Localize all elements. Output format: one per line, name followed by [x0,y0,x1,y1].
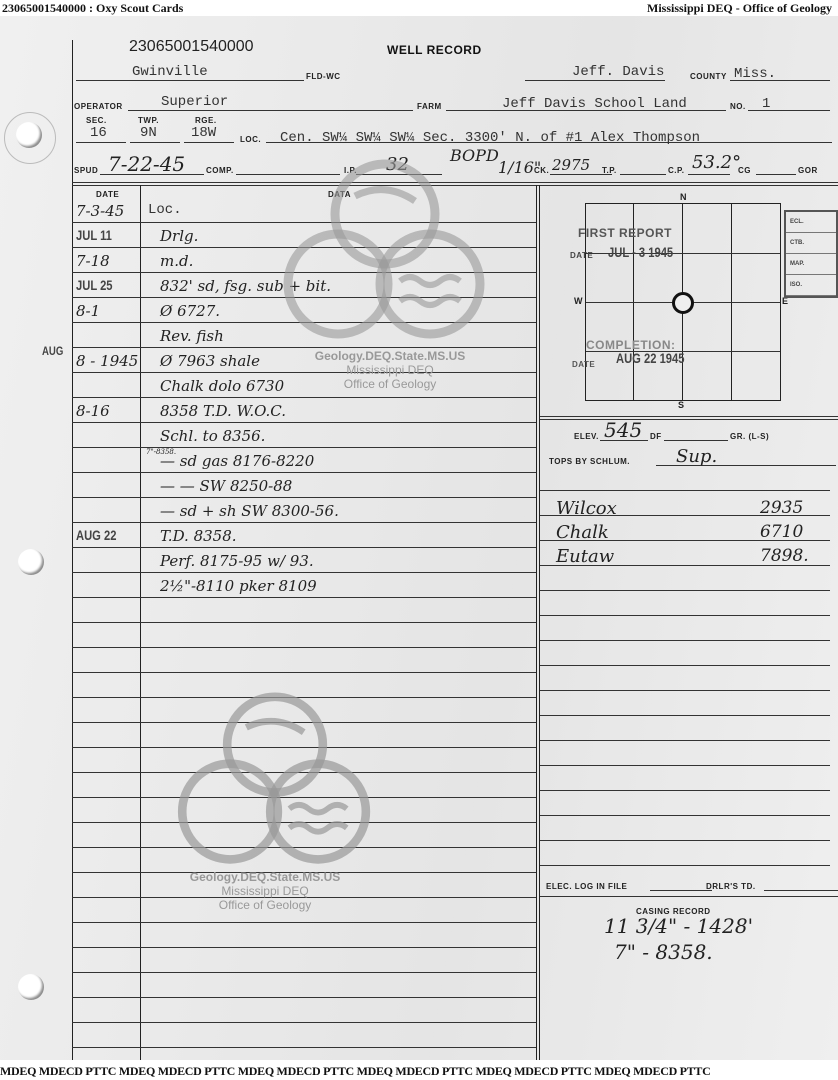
routing-stamp-item: CTB. [786,233,836,254]
well-number-value: 1 [762,96,770,112]
log-row-data: Chalk dolo 6730 [160,377,284,395]
tops-label: TOPS BY SCHLUM. [549,457,630,466]
routing-stamp-item: ECL. [786,212,836,233]
form-title: WELL RECORD [387,43,482,57]
api-number: 23065001540000 [129,38,254,56]
viewer-footer: MDEQ MDECD PTTC MDEQ MDECD PTTC MDEQ MDE… [0,1060,838,1080]
twp-value: 9N [140,125,157,141]
log-row-data: Perf. 8175-95 w/ 93. [160,552,314,570]
watermark-text: Geology.DEQ.State.MS.US Mississippi DEQ … [165,870,365,912]
log-row-date: 7-3-45 [76,202,124,220]
punch-hole [18,549,44,575]
operator-value: Superior [161,94,228,110]
gor-label: GOR [798,166,818,175]
spud-value: 7-22-45 [108,152,185,176]
county-value: Jeff. Davis [572,64,664,80]
elev-value: 545 [604,418,642,442]
routing-stamp-item: ISO. [786,275,836,296]
cp-value: 53.2° [692,152,741,173]
formation-name: Wilcox [556,498,617,519]
well-record-card: 23065001540000 WELL RECORD Gwinville FLD… [0,16,838,1060]
formation-depth: 6710 [760,522,803,542]
compass-south: S [678,400,685,410]
log-row-data: Loc. [148,202,182,218]
operator-label: OPERATOR [74,102,123,111]
field-label: FLD-WC [306,72,341,81]
formation-name: Chalk [556,522,609,543]
log-row-date: 8-1 [76,302,100,320]
routing-stamp-item: MAP. [786,254,836,275]
log-row-date: JUL 11 [76,227,112,243]
log-row-data: — — SW 8250-88 [160,477,292,495]
county-label: COUNTY [690,72,727,81]
tp-label: T.P. [602,166,617,175]
twp-label: TWP. [138,116,159,125]
well-location-marker [672,292,694,314]
compass-west: W [574,296,583,306]
formation-depth: 2935 [760,498,803,518]
spud-label: SPUD [74,166,98,175]
log-row-data: Drlg. [160,227,198,245]
completion-date: AUG 22 1945 [616,350,684,366]
log-row-data: m.d. [160,252,193,270]
elev-label: ELEV. [574,432,599,441]
first-report-date-label: DATE [570,251,593,260]
casing-entry: 7" - 8358. [614,940,713,964]
completion-date-label: DATE [572,360,595,369]
gr-label: GR. (L-S) [730,432,769,441]
deq-logo-watermark [165,680,385,880]
publisher-title: Mississippi DEQ - Office of Geology [647,0,832,16]
log-row-data: 8358 T.D. W.O.C. [160,402,286,420]
rge-label: RGE. [195,116,217,125]
ck-label: CK. [534,166,549,175]
farm-value: Jeff Davis School Land [502,96,687,112]
log-row-date: 8 - 1945 [76,352,138,370]
comp-label: COMP. [206,166,234,175]
compass-north: N [680,192,687,202]
document-id-title: 23065001540000 : Oxy Scout Cards [2,0,183,16]
routing-stamp: ECL.CTB.MAP.ISO. [784,210,838,298]
log-row-date: 8-16 [76,402,110,420]
log-row-data: T.D. 8358. [160,527,237,545]
cg-label: CG [738,166,751,175]
formation-name: Eutaw [556,546,614,567]
log-row-data: — sd + sh SW 8300-56. [160,502,339,520]
well-number-label: NO. [730,102,746,111]
log-row-date: 7-18 [76,252,110,270]
cp-label: C.P. [668,166,685,175]
log-row-date: JUL 25 [76,277,113,293]
elec-log-label: ELEC. LOG IN FILE [546,882,627,891]
log-row-data: 2½"-8110 pker 8109 [160,577,317,595]
df-label: DF [650,432,662,441]
log-row-data: — sd gas 8176-8220 [160,452,314,470]
viewer-header: 23065001540000 : Oxy Scout Cards Mississ… [0,0,838,16]
punch-hole [16,122,42,148]
loc-label: LOC. [240,135,261,144]
loc-value: Cen. SW¼ SW¼ SW¼ Sec. 3300' N. of #1 Ale… [280,130,700,146]
rge-value: 18W [191,125,216,141]
tops-source: Sup. [676,446,717,467]
log-row-date: AUG 22 [76,527,116,543]
watermark-text: Geology.DEQ.State.MS.US Mississippi DEQ … [290,349,490,391]
log-row-data: Ø 6727. [160,302,220,320]
sec-value: 16 [90,125,107,141]
punch-hole [18,974,44,1000]
date-column-header: DATE [96,190,119,199]
log-row-data: Ø 7963 shale [160,352,260,370]
deq-logo-watermark [270,156,500,346]
log-row-note: 7"-8358. [146,448,176,456]
first-report-stamp: FIRST REPORT [578,226,672,240]
first-report-date: JUL - 3 1945 [608,244,673,260]
margin-note: AUG [42,344,63,358]
log-row-data: Schl. to 8356. [160,427,265,445]
farm-label: FARM [417,102,442,111]
drlr-td-label: DRLR'S TD. [706,882,756,891]
sec-label: SEC. [86,116,107,125]
formation-depth: 7898. [760,546,809,566]
field-value: Gwinville [132,64,208,80]
state-value: Miss. [734,66,776,82]
ck-value: 2975 [552,156,590,174]
log-row-data: Rev. fish [160,327,224,345]
casing-entry: 11 3/4" - 1428' [604,914,753,938]
